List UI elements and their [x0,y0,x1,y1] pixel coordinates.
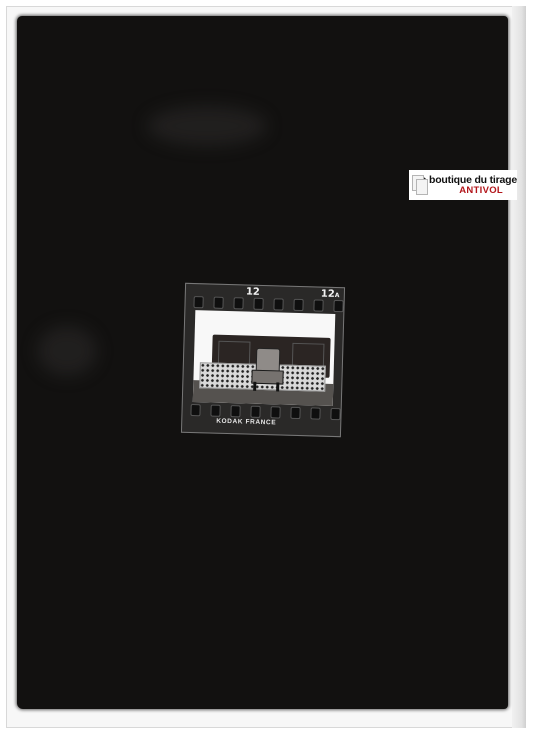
smudge [37,326,97,376]
film-negative-frame: 12 12A KODAK FRANCE [181,283,345,437]
smudge [147,106,267,146]
film-edge-print: KODAK FRANCE [216,418,276,427]
watermark-badge: La boutique du tirage ANTIVOL [409,170,517,200]
frame-number: 12 [246,286,260,297]
photo-frame [193,310,336,406]
watermark-subtitle: ANTIVOL [459,186,503,196]
frame-number-alt: 12A [321,289,340,301]
photo-sheets-icon [412,173,413,197]
sprocket-holes-bottom [190,404,340,420]
paper-edge [512,6,526,728]
armchair [251,348,282,391]
